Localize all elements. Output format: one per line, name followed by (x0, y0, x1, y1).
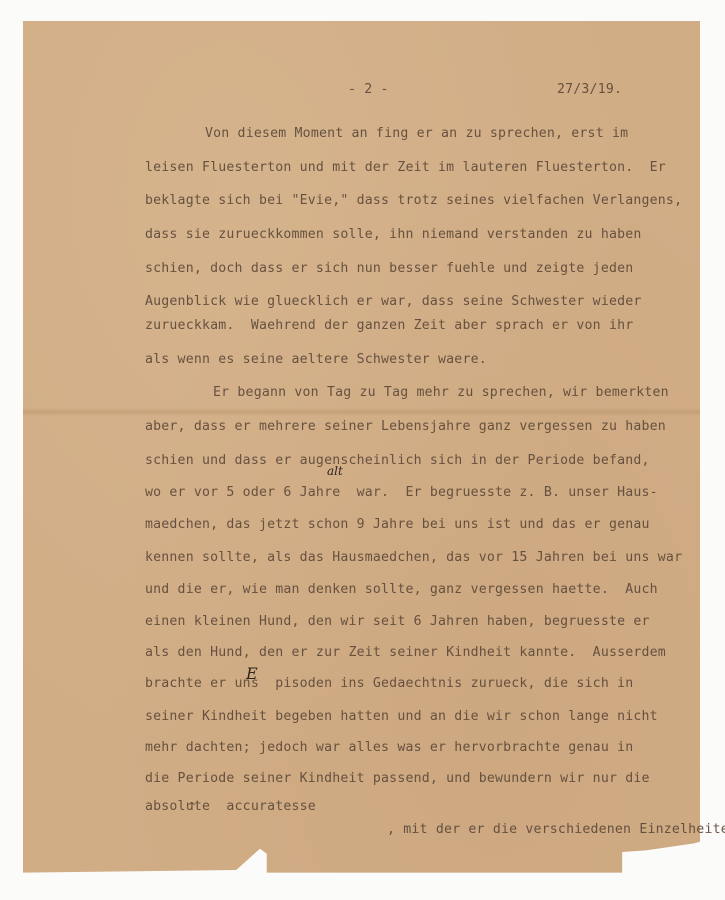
typed-line: wo er vor 5 oder 6 Jahre war. Er begrues… (145, 485, 658, 500)
typed-line: aber, dass er mehrere seiner Lebensjahre… (145, 419, 666, 434)
typed-line: kennen sollte, als das Hausmaedchen, das… (145, 550, 682, 565)
paper-fold-crease (23, 408, 700, 416)
caret-insertion-mark: ^ (187, 800, 196, 813)
typed-line: brachte er uns pisoden ins Gedaechtnis z… (145, 676, 633, 691)
typed-line: als wenn es seine aeltere Schwester waer… (145, 352, 487, 367)
typed-line: und die er, wie man denken sollte, ganz … (145, 582, 658, 597)
typed-line: Von diesem Moment an fing er an zu sprec… (205, 126, 628, 141)
handwritten-insertion-alt: alt (327, 464, 343, 478)
typed-line: mehr dachten; jedoch war alles was er he… (145, 740, 633, 755)
typed-line: die Periode seiner Kindheit passend, und… (145, 771, 650, 786)
typed-line: absolute accuratesse (145, 799, 316, 814)
typed-line: als den Hund, den er zur Zeit seiner Kin… (145, 645, 666, 660)
typed-line: leisen Fluesterton und mit der Zeit im l… (145, 160, 666, 175)
typed-line: zurueckkam. Waehrend der ganzen Zeit abe… (145, 318, 633, 333)
handwritten-correction-e: E (246, 664, 258, 683)
typed-line: dass sie zurueckkommen solle, ihn nieman… (145, 227, 642, 242)
typed-line: einen kleinen Hund, den wir seit 6 Jahre… (145, 614, 650, 629)
typed-line: maedchen, das jetzt schon 9 Jahre bei un… (145, 517, 650, 532)
typed-line: seiner Kindheit begeben hatten und an di… (145, 709, 658, 724)
typed-line: , mit der er die verschiedenen Einzelhei… (387, 822, 725, 837)
typed-line: Er begann von Tag zu Tag mehr zu spreche… (213, 385, 669, 400)
typed-line: Augenblick wie gluecklich er war, dass s… (145, 294, 642, 309)
typed-line: beklagte sich bei "Evie," dass trotz sei… (145, 193, 682, 208)
letter-date: 27/3/19. (557, 82, 622, 97)
page-number: - 2 - (348, 82, 389, 97)
typed-line: schien, doch dass er sich nun besser fue… (145, 261, 633, 276)
typed-line: schien und dass er augenscheinlich sich … (145, 453, 650, 468)
